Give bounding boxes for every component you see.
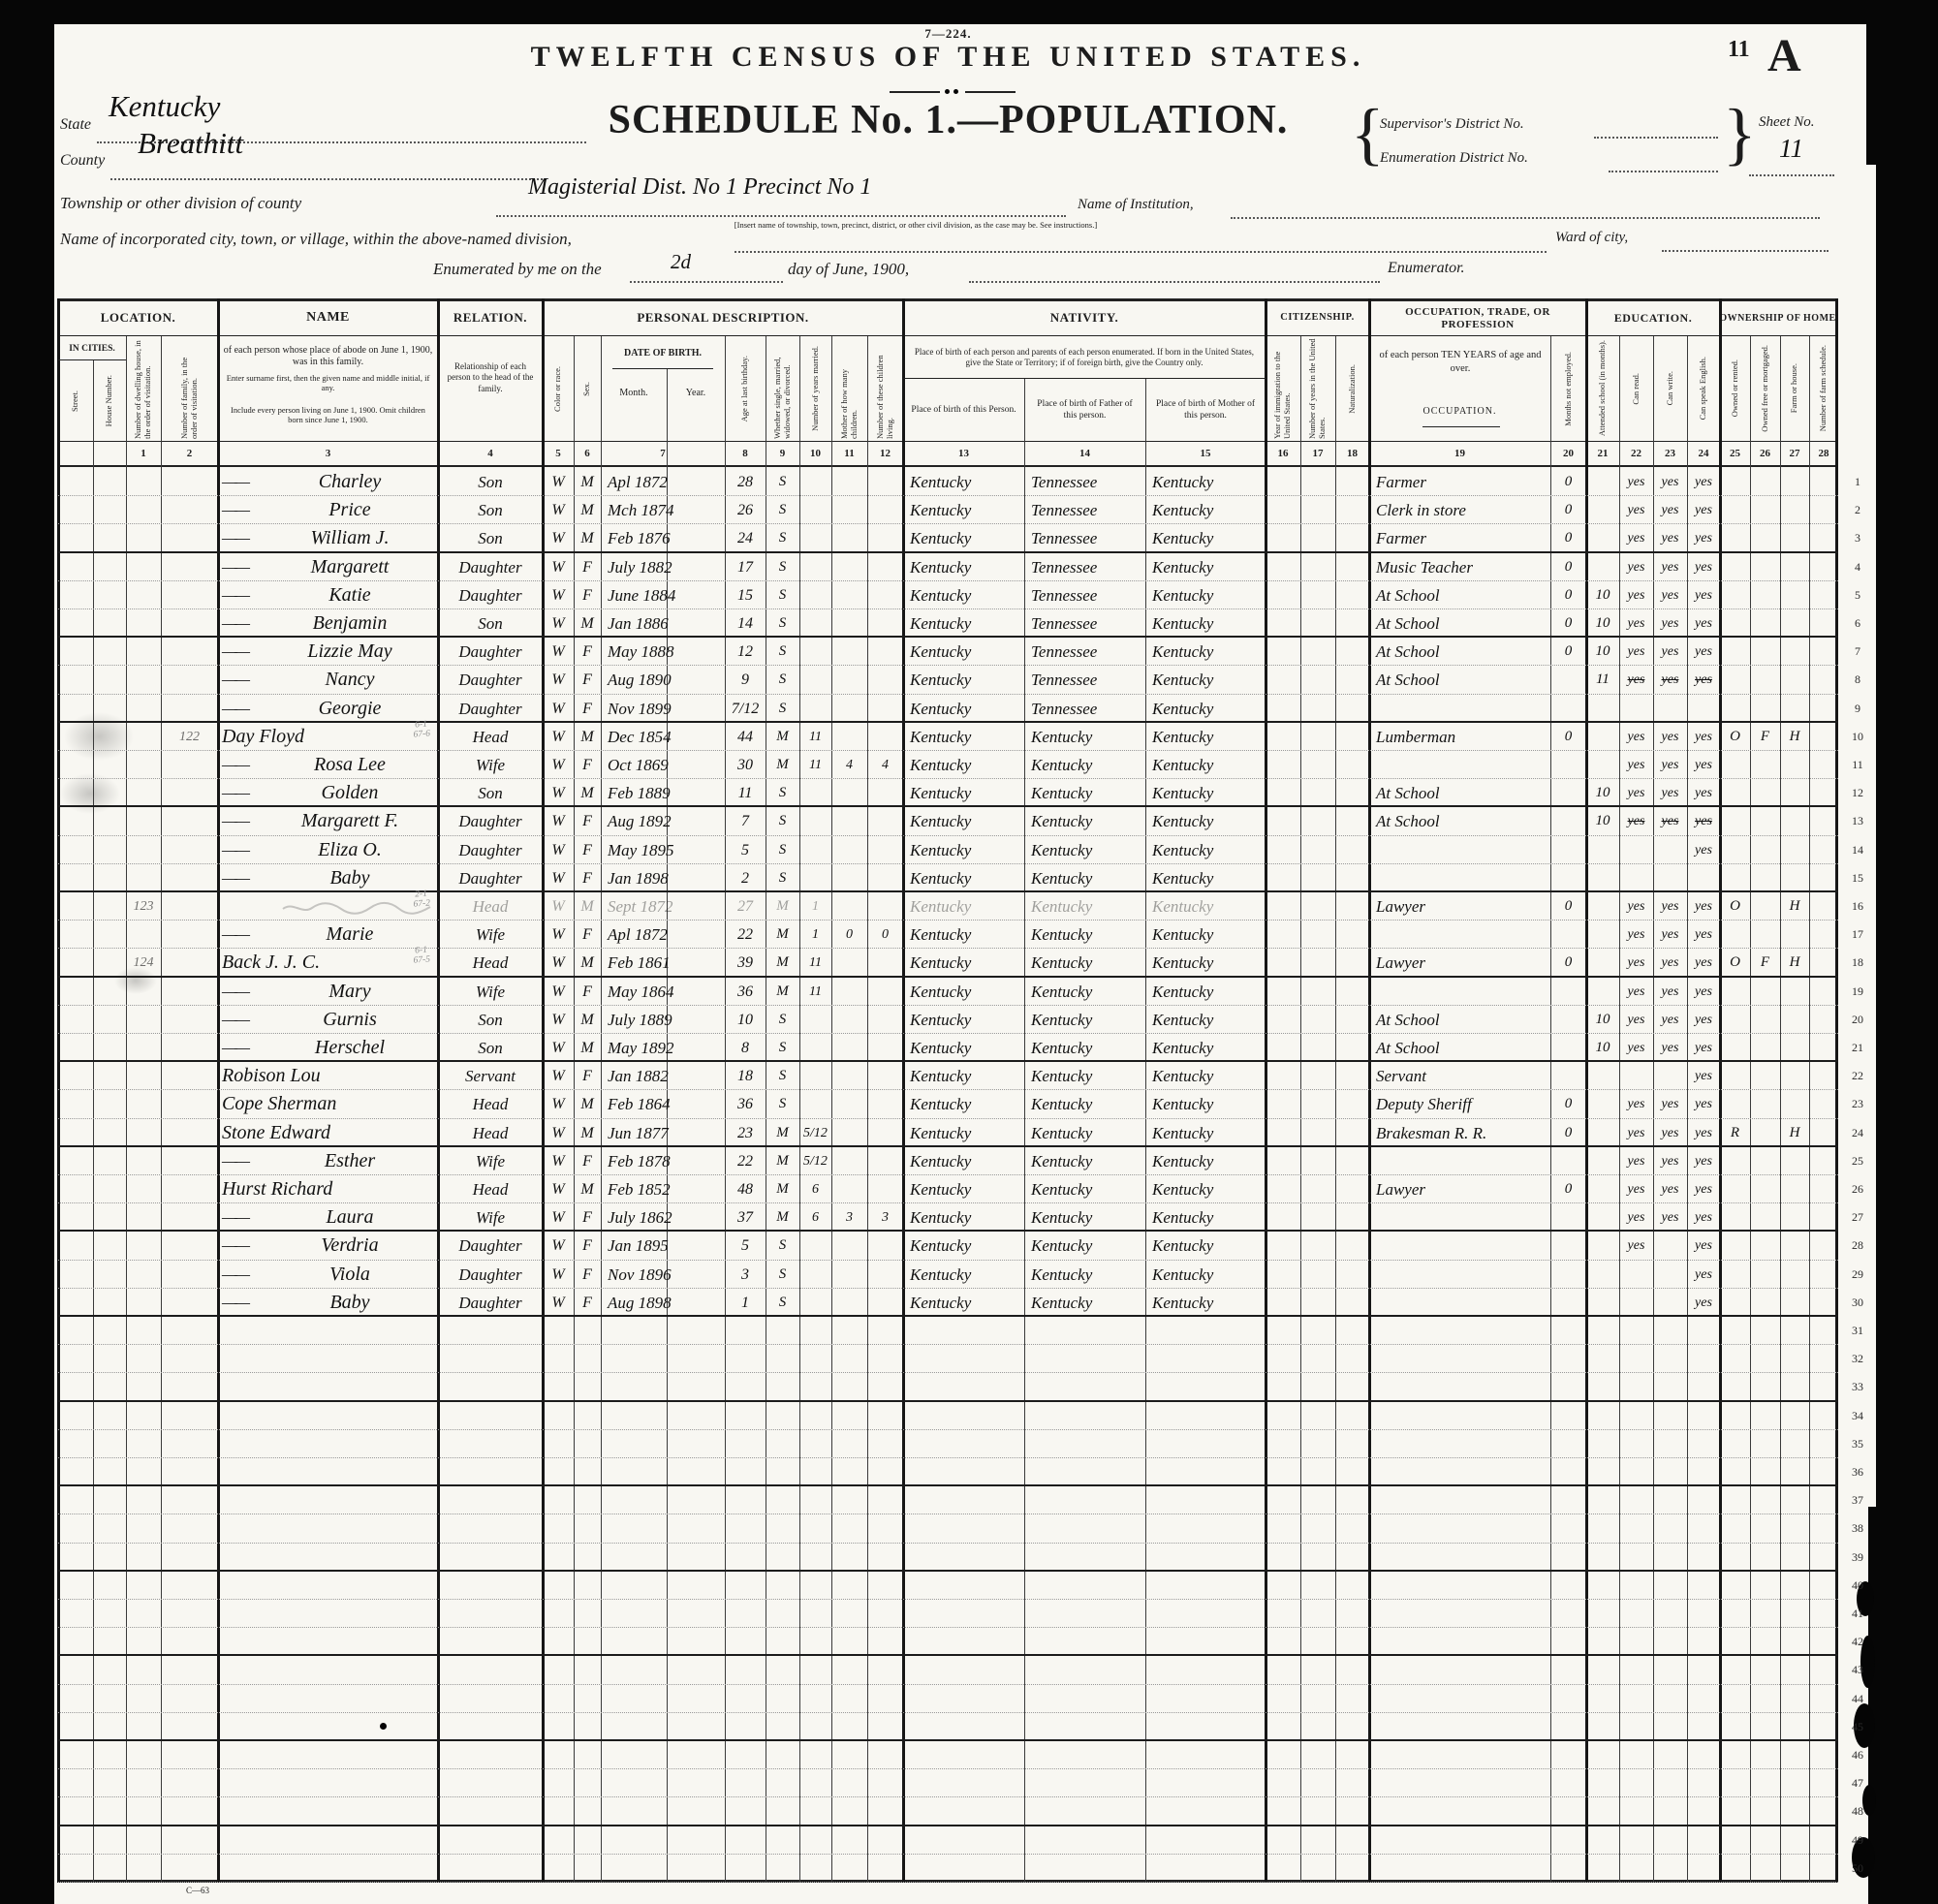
cell-relation: Son [438,609,543,638]
margin-row-number: 28 [1840,1238,1875,1253]
cell-age: 30 [725,751,766,779]
cell-birth-date: Feb 1861 [601,949,725,977]
cell-marital-status: S [766,1034,799,1062]
cell-birthplace-person: Kentucky [903,1034,1024,1062]
cell-can-speak-english: yes [1687,921,1720,949]
pencil-annotation: 6-167-6 [400,718,442,741]
cell-name-given: Katie [264,581,436,609]
cell-relation: Daughter [438,1232,543,1260]
cell-name-ditto-dash: —— [222,609,265,638]
cell-birthplace-father: Tennessee [1024,581,1145,609]
table-hline [58,1796,1838,1797]
cell-birthplace-mother: Kentucky [1145,496,1266,524]
cell-birthplace-mother: Kentucky [1145,695,1266,723]
cell-relation: Daughter [438,836,543,864]
cell-age: 12 [725,638,766,666]
column-label-vertical: Naturalization. [1335,338,1369,439]
column-label-vertical: Sex. [574,338,601,439]
cell-name-ditto-dash: —— [222,836,265,864]
cell-birth-date: May 1888 [601,638,725,666]
cell-can-write: yes [1653,978,1687,1006]
relation-note: Relationship of each person to the head … [442,349,539,407]
cell-birth-date: Jun 1877 [601,1119,725,1147]
column-label-vertical: Number of years married. [799,338,831,439]
cell-age: 3 [725,1261,766,1289]
margin-row-number: 50 [1840,1861,1875,1876]
cell-color: W [543,1203,574,1232]
cell-name-given: Price [264,496,436,524]
cell-birth-date: Aug 1892 [601,807,725,835]
margin-row-number: 5 [1840,588,1875,603]
cell-color: W [543,1090,574,1118]
cell-marital-status: S [766,1289,799,1317]
table-hline [438,335,543,336]
column-number: 19 [1369,443,1550,464]
table-hline [58,1627,1838,1628]
margin-row-number: 26 [1840,1182,1875,1197]
cell-can-write: yes [1653,1119,1687,1147]
cell-years-married: 5/12 [799,1147,831,1175]
cell-can-read: yes [1619,1006,1653,1034]
cell-birthplace-person: Kentucky [903,921,1024,949]
cell-age: 39 [725,949,766,977]
cell-sex: M [574,1006,601,1034]
cell-birthplace-father: Tennessee [1024,496,1145,524]
margin-row-number: 48 [1840,1804,1875,1819]
cell-color: W [543,864,574,892]
cell-birthplace-father: Kentucky [1024,751,1145,779]
cell-attended-school: 10 [1586,1006,1619,1034]
cell-can-read: yes [1619,1119,1653,1147]
cell-color: W [543,751,574,779]
cell-can-speak-english: yes [1687,1090,1720,1118]
cell-birthplace-person: Kentucky [903,836,1024,864]
cell-name-ditto-dash: —— [222,581,265,609]
margin-row-number: 15 [1840,871,1875,886]
cell-occupation: Clerk in store [1369,496,1550,524]
cell-marital-status: M [766,751,799,779]
margin-row-number: 46 [1840,1748,1875,1763]
group-title: RELATION. [438,302,543,334]
table-hline [1369,335,1586,336]
cell-attended-school: 10 [1586,609,1619,638]
cell-years-married: 1 [799,921,831,949]
cell-can-read: yes [1619,638,1653,666]
cell-children-living: 4 [867,751,903,779]
cell-relation: Head [438,1090,543,1118]
cell-sex: F [574,921,601,949]
cell-name-given: Golden [264,779,436,807]
cell-sex: F [574,978,601,1006]
cell-dwelling-number: 123 [126,892,161,921]
cell-name-ditto-dash: —— [222,1147,265,1175]
cell-name-full: Cope Sherman [222,1090,435,1118]
cell-birthplace-mother: Kentucky [1145,836,1266,864]
column-label: Can write. [1666,371,1675,405]
cell-birthplace-father: Kentucky [1024,807,1145,835]
cell-sex: F [574,695,601,723]
cell-marital-status: S [766,468,799,496]
cell-birthplace-person: Kentucky [903,978,1024,1006]
cell-color: W [543,921,574,949]
cell-can-write: yes [1653,892,1687,921]
cell-relation: Wife [438,751,543,779]
cell-birth-date: Feb 1889 [601,779,725,807]
cell-name-given: Rosa Lee [264,751,436,779]
cell-birth-date: Feb 1876 [601,524,725,552]
column-number: 25 [1720,443,1750,464]
cell-marital-status: S [766,1062,799,1090]
cell-birth-date: Jan 1882 [601,1062,725,1090]
cell-relation: Daughter [438,1261,543,1289]
cell-birthplace-person: Kentucky [903,638,1024,666]
cell-birthplace-person: Kentucky [903,723,1024,751]
cell-birthplace-mother: Kentucky [1145,638,1266,666]
cell-sex: M [574,496,601,524]
cell-marital-status: S [766,496,799,524]
cell-occupation: Farmer [1369,468,1550,496]
cell-birthplace-father: Tennessee [1024,468,1145,496]
cell-relation: Wife [438,978,543,1006]
table-hline [58,1484,1838,1486]
cell-color: W [543,1261,574,1289]
margin-row-number: 14 [1840,843,1875,858]
cell-birth-date: July 1889 [601,1006,725,1034]
cell-name-ditto-dash: —— [222,468,265,496]
cell-children-living: 3 [867,1203,903,1232]
cell-birthplace-person: Kentucky [903,496,1024,524]
cell-farm-or-house: H [1780,949,1809,977]
cell-relation: Son [438,524,543,552]
column-label-vertical: Can speak English. [1687,338,1720,439]
cell-marital-status: S [766,836,799,864]
column-label-vertical: Street. [58,362,93,439]
table-hline [58,465,1838,467]
nativity-col-label: Place of birth of Father of this person. [1024,384,1145,436]
cell-months-not-employed: 0 [1550,1175,1586,1203]
column-label: Owned free or mortgaged. [1761,345,1770,432]
cell-can-speak-english: yes [1687,609,1720,638]
cell-can-speak-english: yes [1687,666,1720,694]
margin-row-number: 1 [1840,475,1875,489]
column-label: Months not employed. [1564,352,1574,426]
cell-birthplace-mother: Kentucky [1145,779,1266,807]
cell-name-ditto-dash: —— [222,638,265,666]
cell-marital-status: M [766,1119,799,1147]
cell-color: W [543,978,574,1006]
table-hline [58,1654,1838,1656]
cell-can-speak-english: yes [1687,581,1720,609]
cell-birth-date: July 1882 [601,553,725,581]
cell-birth-date: Nov 1896 [601,1261,725,1289]
column-number: 23 [1653,443,1687,464]
cell-birthplace-mother: Kentucky [1145,892,1266,921]
cell-birthplace-person: Kentucky [903,864,1024,892]
margin-row-number: 8 [1840,672,1875,687]
cell-marital-status: M [766,949,799,977]
cell-sex: F [574,1062,601,1090]
cell-can-speak-english: yes [1687,524,1720,552]
cell-name-given: Marie [264,921,436,949]
cell-color: W [543,779,574,807]
column-label: Number of years in the United States. [1308,338,1328,439]
cell-birthplace-mother: Kentucky [1145,581,1266,609]
cell-age: 26 [725,496,766,524]
cell-can-write: yes [1653,496,1687,524]
table-vline [1809,336,1810,1883]
column-label: Number of farm schedule. [1819,345,1829,431]
cell-color: W [543,949,574,977]
cell-can-read: yes [1619,1034,1653,1062]
cell-age: 22 [725,921,766,949]
cell-relation: Son [438,496,543,524]
occupation-note: of each person TEN YEARS of age and over… [1374,343,1547,382]
nativity-col-label: Place of birth of this Person. [903,384,1024,436]
table-hline [58,1599,1838,1600]
cell-age: 48 [725,1175,766,1203]
cell-can-speak-english: yes [1687,1289,1720,1317]
cell-can-write: yes [1653,1147,1687,1175]
cell-birthplace-father: Tennessee [1024,638,1145,666]
cell-months-not-employed: 0 [1550,1119,1586,1147]
table-vline [1780,336,1781,1883]
cell-name-ditto-dash: —— [222,1289,265,1317]
column-label: Can speak English. [1699,357,1708,420]
margin-row-number: 2 [1840,503,1875,517]
cell-age: 9 [725,666,766,694]
table-vline [161,336,162,1883]
column-label-vertical: Number of these children living. [867,338,903,439]
cell-birthplace-person: Kentucky [903,1006,1024,1034]
margin-row-number: 18 [1840,955,1875,970]
cell-relation: Wife [438,921,543,949]
table-hline [58,1712,1838,1713]
table-vline [217,298,220,1883]
table-hline [612,368,713,369]
cell-marital-status: S [766,1232,799,1260]
cell-attended-school: 10 [1586,581,1619,609]
table-hline [58,1825,1838,1826]
cell-occupation: Lumberman [1369,723,1550,751]
group-title: OWNERSHIP OF HOME. [1720,302,1838,334]
cell-birthplace-father: Kentucky [1024,1062,1145,1090]
cell-months-not-employed: 0 [1550,638,1586,666]
cell-age: 1 [725,1289,766,1317]
column-number: 5 [543,443,574,464]
table-hline [58,1429,1838,1430]
cell-color: W [543,581,574,609]
cell-sex: M [574,723,601,751]
table-vline [799,336,800,1883]
cell-sex: M [574,468,601,496]
pencil-annotation: 6-167-5 [400,945,442,968]
cell-birthplace-person: Kentucky [903,1175,1024,1203]
cell-relation: Wife [438,1203,543,1232]
cell-color: W [543,1175,574,1203]
cell-birthplace-mother: Kentucky [1145,1289,1266,1317]
margin-row-number: 34 [1840,1409,1875,1423]
cell-sex: F [574,638,601,666]
cell-age: 10 [725,1006,766,1034]
column-label-vertical: Number of family, in the order of visita… [161,338,218,439]
cell-birthplace-person: Kentucky [903,807,1024,835]
table-hline [58,1882,1838,1883]
column-label-vertical: Owned or rented. [1720,338,1750,439]
cell-color: W [543,638,574,666]
cell-occupation: At School [1369,581,1550,609]
cell-name-ditto-dash: —— [222,1261,265,1289]
column-label-vertical: Number of farm schedule. [1809,338,1838,439]
cell-birth-date: Mch 1874 [601,496,725,524]
cell-can-speak-english: yes [1687,751,1720,779]
cell-birth-date: Aug 1898 [601,1289,725,1317]
cell-color: W [543,553,574,581]
column-number: 6 [574,443,601,464]
cell-months-not-employed: 0 [1550,524,1586,552]
column-number: 20 [1550,443,1586,464]
cell-name-ditto-dash: —— [222,666,265,694]
cell-can-speak-english: yes [1687,1232,1720,1260]
cell-birth-date: May 1864 [601,978,725,1006]
cell-birthplace-mother: Kentucky [1145,468,1266,496]
cell-years-married: 6 [799,1203,831,1232]
cell-marital-status: S [766,1261,799,1289]
margin-row-number: 10 [1840,730,1875,744]
cell-can-write: yes [1653,751,1687,779]
column-label: Owned or rented. [1731,359,1740,417]
cell-birthplace-father: Kentucky [1024,723,1145,751]
table-hline [58,1684,1838,1685]
cell-mother-of-children: 0 [831,921,867,949]
margin-row-number: 11 [1840,758,1875,772]
margin-row-number: 25 [1840,1154,1875,1169]
cell-can-write: yes [1653,1034,1687,1062]
column-label-vertical: Mother of how many children. [831,338,867,439]
cell-months-not-employed: 0 [1550,581,1586,609]
cell-months-not-employed: 0 [1550,949,1586,977]
cell-birth-date: Jan 1886 [601,609,725,638]
group-title: EDUCATION. [1586,302,1720,334]
cell-name-ditto-dash: —— [222,1232,265,1260]
cell-name-ditto-dash: —— [222,1006,265,1034]
column-label-vertical: Age at last birthday. [725,338,766,439]
cell-birthplace-person: Kentucky [903,468,1024,496]
cell-months-not-employed: 0 [1550,1090,1586,1118]
margin-row-number: 17 [1840,927,1875,942]
cell-age: 5 [725,1232,766,1260]
footer-note: C—63 [186,1886,209,1895]
cell-birthplace-mother: Kentucky [1145,1203,1266,1232]
cell-can-read: yes [1619,609,1653,638]
cell-can-read: yes [1619,921,1653,949]
cell-marital-status: S [766,1090,799,1118]
column-label-vertical: Year of immigration to the United States… [1266,338,1300,439]
cell-sex: F [574,666,601,694]
cell-can-write: yes [1653,581,1687,609]
margin-row-number: 16 [1840,899,1875,914]
cell-can-speak-english: yes [1687,1203,1720,1232]
cell-sex: M [574,1034,601,1062]
column-label-vertical: Farm or house. [1780,338,1809,439]
table-hline [543,335,903,336]
cell-color: W [543,695,574,723]
cell-name-ditto-dash: —— [222,751,265,779]
cell-birthplace-person: Kentucky [903,524,1024,552]
cell-can-speak-english: yes [1687,1062,1720,1090]
cell-age: 5 [725,836,766,864]
pencil-annotation: 2-167-2 [400,889,442,912]
cell-occupation: Music Teacher [1369,553,1550,581]
cell-age: 7/12 [725,695,766,723]
column-label: Age at last birthday. [740,356,750,421]
cell-birthplace-mother: Kentucky [1145,978,1266,1006]
population-table: LOCATION.NAMERELATION.PERSONAL DESCRIPTI… [0,0,1938,1904]
margin-row-number: 20 [1840,1013,1875,1027]
cell-occupation: Lawyer [1369,1175,1550,1203]
cell-relation: Daughter [438,695,543,723]
cell-color: W [543,1062,574,1090]
cell-name-given: Gurnis [264,1006,436,1034]
column-number: 4 [438,443,543,464]
cell-occupation: Farmer [1369,524,1550,552]
cell-marital-status: M [766,723,799,751]
cell-name-given: Margarett [264,553,436,581]
cell-color: W [543,609,574,638]
cell-birth-date: Feb 1864 [601,1090,725,1118]
cell-attended-school: 11 [1586,666,1619,694]
cell-sex: F [574,1203,601,1232]
cell-can-read: yes [1619,496,1653,524]
cell-can-write: yes [1653,921,1687,949]
cell-sex: F [574,1147,601,1175]
column-label-vertical: Can write. [1653,338,1687,439]
cell-sex: M [574,892,601,921]
cell-name-ditto-dash: —— [222,1034,265,1062]
cell-sex: M [574,609,601,638]
cell-sex: M [574,1119,601,1147]
cell-age: 14 [725,609,766,638]
table-vline [1750,336,1751,1883]
cell-name-given: Nancy [264,666,436,694]
column-number: 18 [1335,443,1369,464]
table-hline [58,1570,1838,1572]
cell-birthplace-father: Kentucky [1024,1034,1145,1062]
cell-can-read: yes [1619,524,1653,552]
cell-relation: Head [438,723,543,751]
cell-age: 36 [725,1090,766,1118]
cell-birthplace-mother: Kentucky [1145,1034,1266,1062]
cell-age: 23 [725,1119,766,1147]
cell-birthplace-father: Kentucky [1024,1147,1145,1175]
cell-birthplace-person: Kentucky [903,695,1024,723]
table-hline [58,1400,1838,1402]
table-hline [58,298,1838,301]
cell-marital-status: M [766,978,799,1006]
margin-row-number: 13 [1840,814,1875,828]
column-label: Whether single, married, widowed, or div… [773,338,793,439]
column-label: Attended school (in months). [1598,340,1608,436]
cell-occupation: At School [1369,1034,1550,1062]
cell-can-read: yes [1619,1175,1653,1203]
cell-color: W [543,1147,574,1175]
cell-can-write: yes [1653,1006,1687,1034]
cell-birth-date: Nov 1899 [601,695,725,723]
cell-farm-or-house: H [1780,1119,1809,1147]
cell-can-read: yes [1619,779,1653,807]
cell-marital-status: M [766,1175,799,1203]
cell-name-ditto-dash: —— [222,524,265,552]
cell-name-given: Georgie [264,695,436,723]
